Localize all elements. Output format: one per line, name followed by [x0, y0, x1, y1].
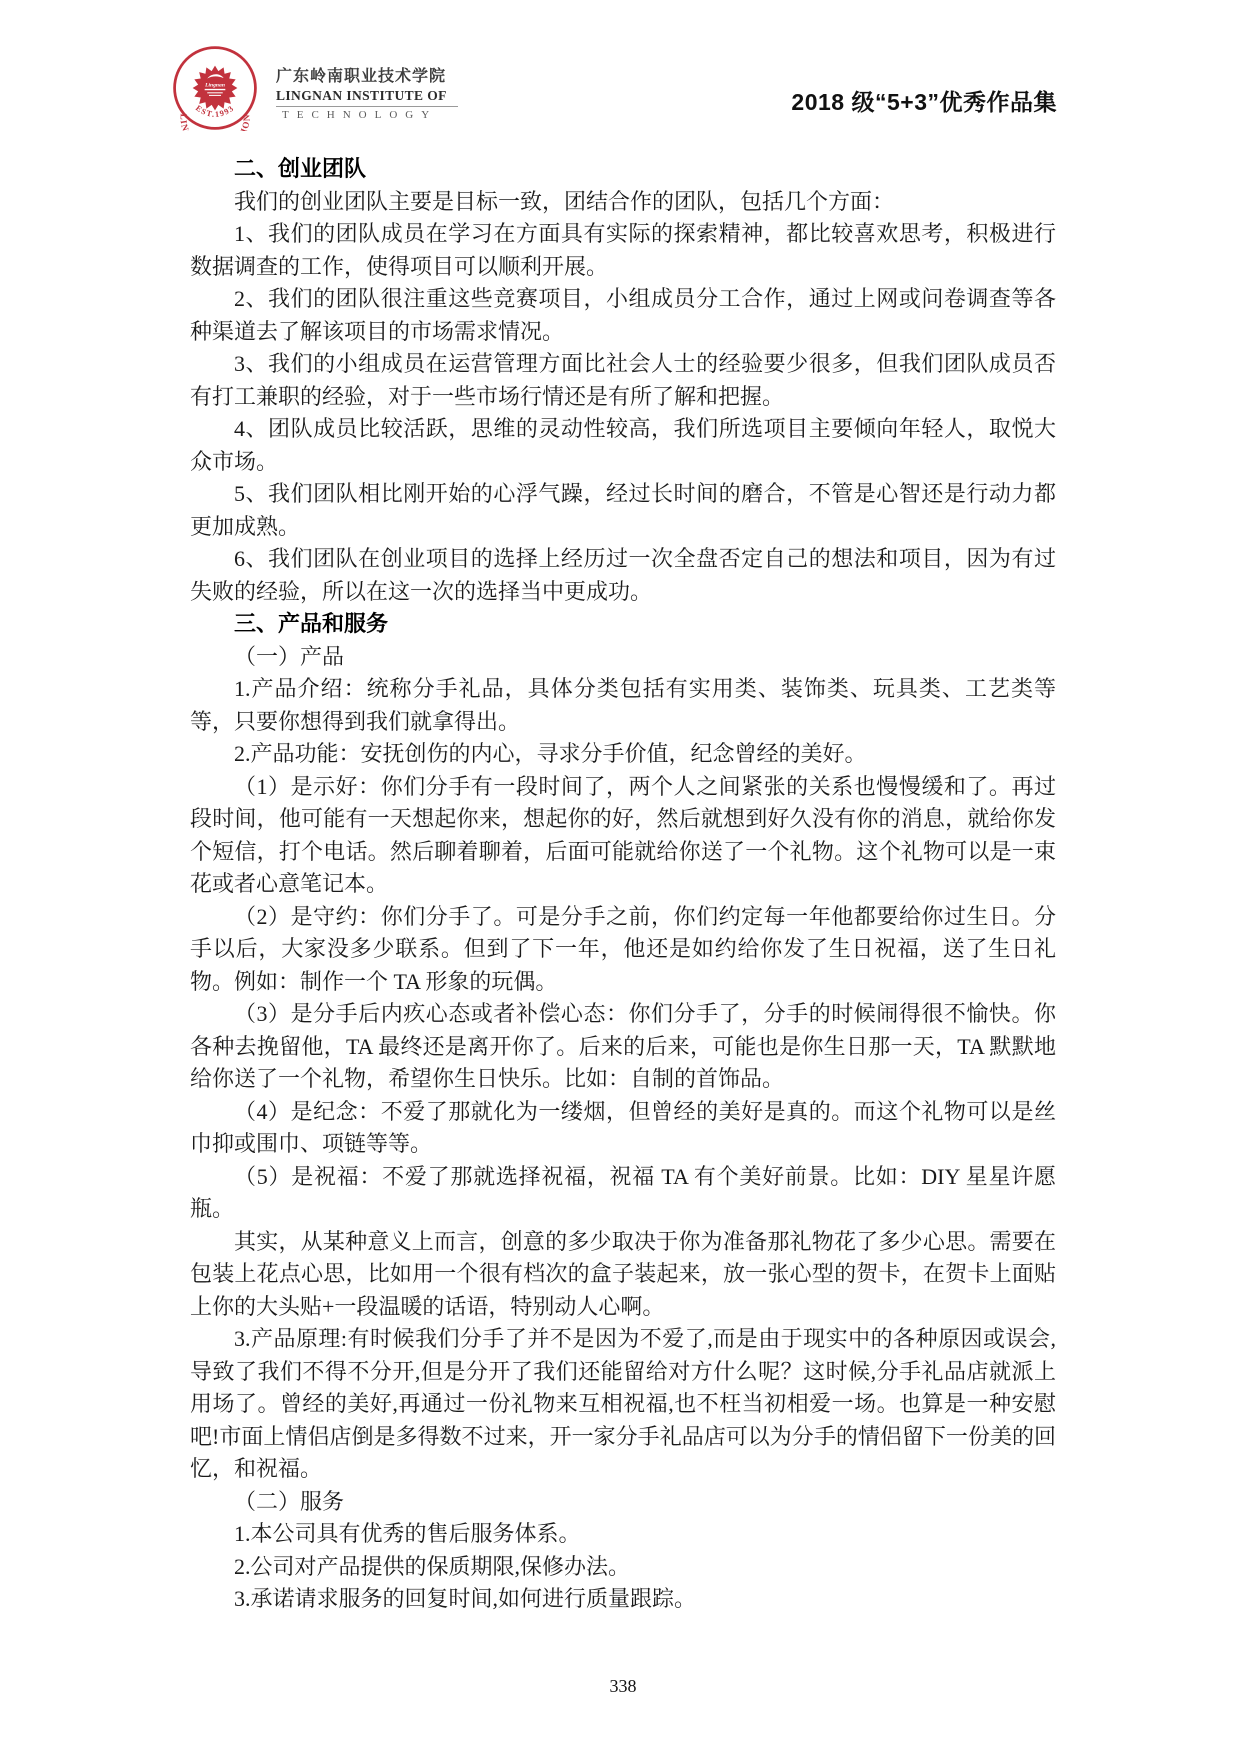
paragraph: （5）是祝福：不爱了那就选择祝福，祝福 TA 有个美好前景。比如：DIY 星星许…	[190, 1161, 1056, 1226]
school-name-cn: 广东岭南职业技术学院	[276, 68, 476, 86]
paragraph: 3.承诺请求服务的回复时间,如何进行质量跟踪。	[190, 1583, 1056, 1616]
paragraph: （二）服务	[190, 1486, 1056, 1519]
section-heading: 二、创业团队	[190, 153, 1056, 186]
paragraph: 其实，从某种意义上而言，创意的多少取决于你为准备那礼物花了多少心思。需要在包装上…	[190, 1226, 1056, 1324]
school-name-en-line2: TECHNOLOGY	[276, 109, 476, 122]
paragraph: （4）是纪念：不爱了那就化为一缕烟，但曾经的美好是真的。而这个礼物可以是丝巾抑或…	[190, 1096, 1056, 1161]
paragraph: （一）产品	[190, 641, 1056, 674]
seal-text-line	[207, 92, 222, 93]
document-page: { "header": { "logo": { "ring_top_text":…	[0, 0, 1240, 1753]
paragraph: （3）是分手后内疚心态或者补偿心态：你们分手了，分手的时候闹得很不愉快。你各种去…	[190, 998, 1056, 1096]
lingnan-seal-icon: LINGNAN EDUCATION EST.1993 Lingnan	[172, 45, 258, 131]
seal-text-line	[209, 95, 221, 96]
paragraph: 3、我们的小组成员在运营管理方面比社会人士的经验要少很多，但我们团队成员否有打工…	[190, 348, 1056, 413]
section-heading: 三、产品和服务	[190, 608, 1056, 641]
paragraph: 1.本公司具有优秀的售后服务体系。	[190, 1518, 1056, 1551]
collection-title: 2018 级“5+3”优秀作品集	[791, 84, 1057, 117]
paragraph: （2）是守约：你们分手了。可是分手之前，你们约定每一年他都要给你过生日。分手以后…	[190, 901, 1056, 999]
paragraph: 1、我们的团队成员在学习在方面具有实际的探索精神，都比较喜欢思考，积极进行数据调…	[190, 218, 1056, 283]
document-body: 二、创业团队 我们的创业团队主要是目标一致，团结合作的团队，包括几个方面： 1、…	[190, 153, 1056, 1616]
seal-text-line	[205, 89, 226, 90]
paragraph: 4、团队成员比较活跃，思维的灵动性较高，我们所选项目主要倾向年轻人，取悦大众市场…	[190, 413, 1056, 478]
paragraph: 我们的创业团队主要是目标一致，团结合作的团队，包括几个方面：	[190, 186, 1056, 219]
paragraph: 6、我们团队在创业项目的选择上经历过一次全盘否定自己的想法和项目，因为有过失败的…	[190, 543, 1056, 608]
paragraph: 2、我们的团队很注重这些竞赛项目，小组成员分工合作，通过上网或问卷调查等各种渠道…	[190, 283, 1056, 348]
page-number: 338	[190, 1676, 1056, 1697]
paragraph: 3.产品原理:有时候我们分手了并不是因为不爱了,而是由于现实中的各种原因或误会,…	[190, 1323, 1056, 1486]
paragraph: （1）是示好：你们分手有一段时间了，两个人之间紧张的关系也慢慢缓和了。再过段时间…	[190, 771, 1056, 901]
seal-center-text: Lingnan	[204, 82, 225, 88]
paragraph: 1.产品介绍：统称分手礼品，具体分类包括有实用类、装饰类、玩具类、工艺类等等，只…	[190, 673, 1056, 738]
paragraph: 2.产品功能：安抚创伤的内心，寻求分手价值，纪念曾经的美好。	[190, 738, 1056, 771]
school-name-divider	[276, 106, 458, 107]
paragraph: 2.公司对产品提供的保质期限,保修办法。	[190, 1551, 1056, 1584]
school-name-block: 广东岭南职业技术学院 LINGNAN INSTITUTE OF TECHNOLO…	[276, 68, 476, 122]
paragraph: 5、我们团队相比刚开始的心浮气躁，经过长时间的磨合，不管是心智还是行动力都更加成…	[190, 478, 1056, 543]
school-seal-logo: LINGNAN EDUCATION EST.1993 Lingnan	[172, 45, 258, 131]
school-name-en: LINGNAN INSTITUTE OF	[276, 88, 476, 104]
